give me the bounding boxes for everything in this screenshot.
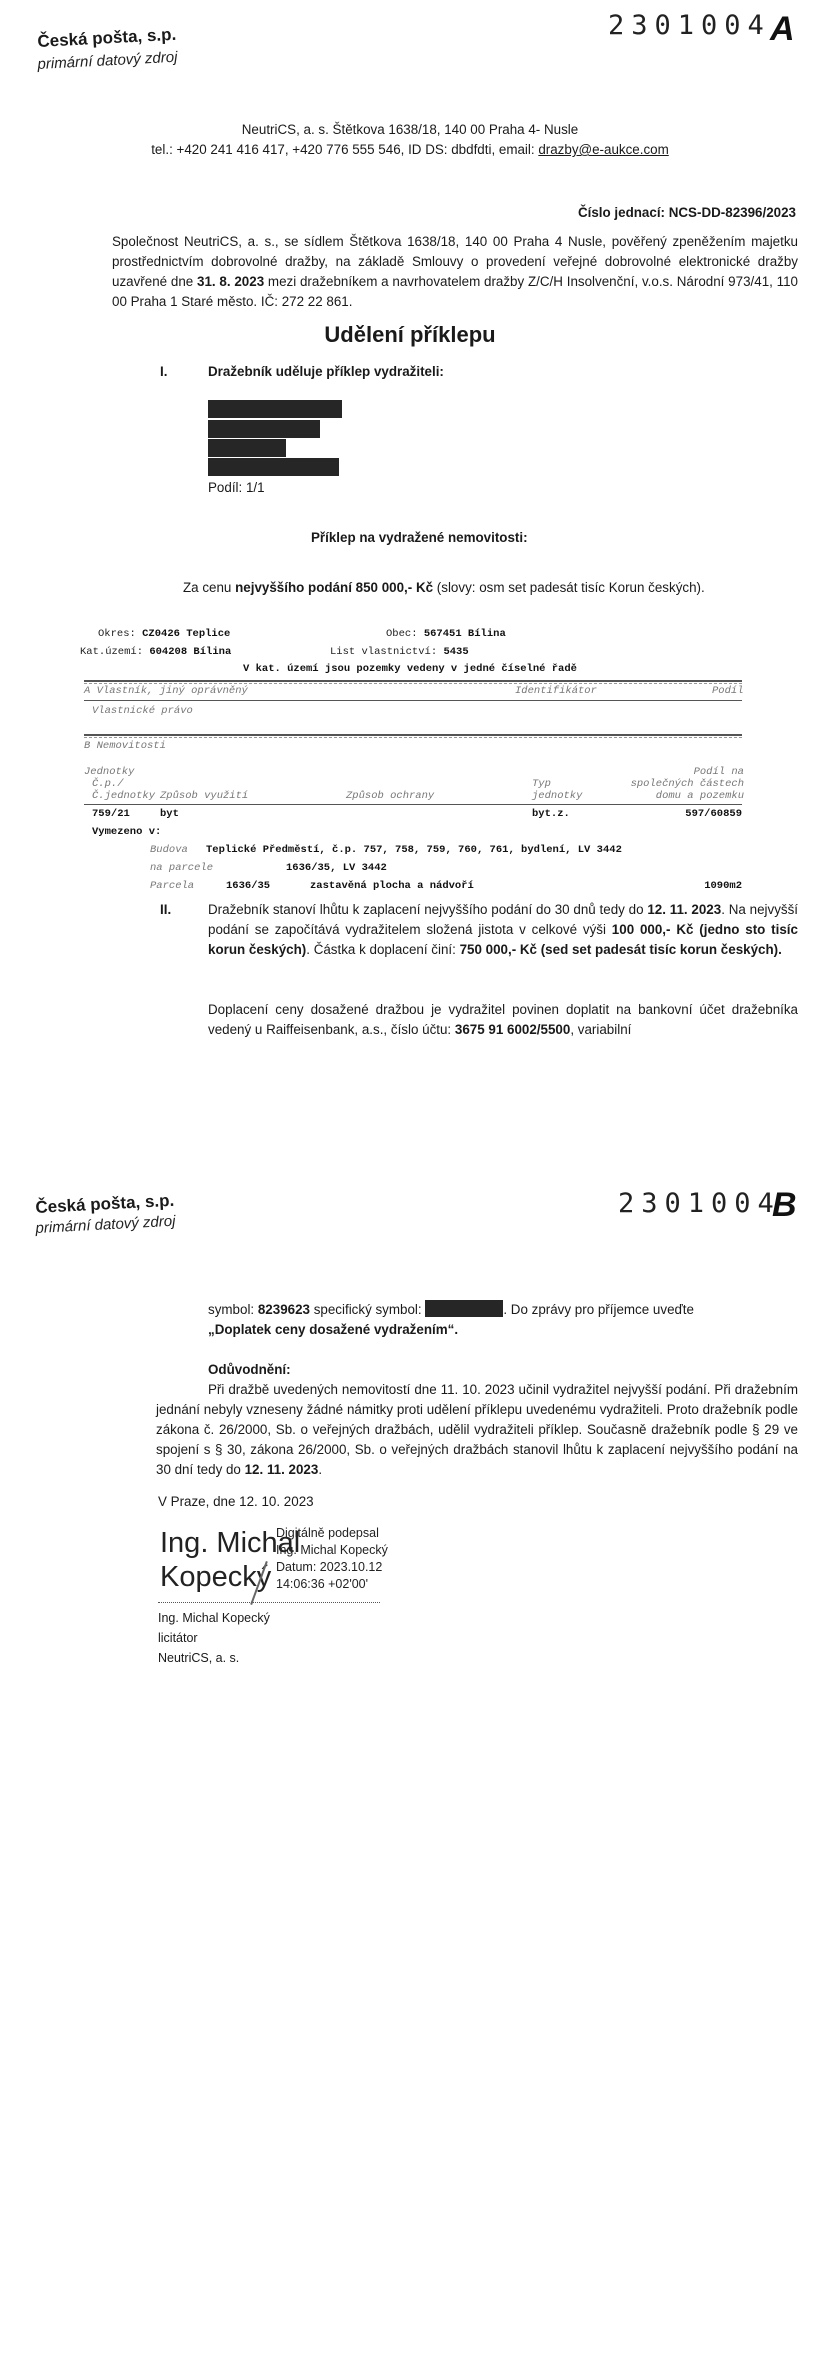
company-address: NeutriCS, a. s. Štětkova 1638/18, 140 00… — [0, 120, 820, 140]
property-heading: Příklep na vydražené nemovitosti: — [311, 528, 528, 548]
signer-name: Ing. Michal Kopecký — [158, 1608, 270, 1628]
postal-header-name: Česká pošta, s.p. — [37, 25, 177, 52]
col-use: Způsob využití — [160, 790, 248, 802]
section-1-heading: Dražebník uděluje příklep vydražiteli: — [208, 362, 444, 382]
col-type-1: Typ — [532, 778, 551, 790]
place-date: V Praze, dne 12. 10. 2023 — [158, 1492, 314, 1512]
building-value-text: Teplické Předměstí, č.p. 757, 758, 759, … — [206, 844, 622, 856]
remaining-text: . Částka k doplacení činí: — [306, 942, 459, 957]
table-divider — [84, 700, 742, 701]
company-contact: tel.: +420 241 416 417, +420 776 555 546… — [0, 140, 820, 160]
col-cp-2: Č.jednotky — [92, 790, 155, 802]
parcel-type: zastavěná plocha a nádvoří — [310, 880, 474, 892]
document-stamp-letter: B — [772, 1186, 797, 1225]
defined-in-label: Vymezeno v: — [92, 826, 161, 838]
okres-label: Okres: — [98, 628, 136, 640]
intro-paragraph: Společnost NeutriCS, a. s., se sídlem Št… — [112, 232, 798, 312]
share-text: Podíl: 1/1 — [208, 478, 265, 498]
redacted-block — [208, 458, 339, 476]
col-protection: Způsob ochrany — [346, 790, 434, 802]
cadastre-note: V kat. území jsou pozemky vedeny v jedné… — [243, 663, 577, 675]
unit-share-text: 597/60859 — [685, 808, 742, 820]
parcel-number-text: 1636/35 — [226, 880, 270, 892]
defined-in-text: Vymezeno v: — [92, 826, 161, 838]
redacted-block — [208, 420, 320, 438]
unit-type: byt.z. — [532, 808, 570, 820]
lv-row: List vlastnictví: 5435 — [330, 646, 469, 658]
lv-label: List vlastnictví: — [330, 646, 437, 658]
building-label: Budova — [150, 844, 188, 856]
document-title: Udělení příklepu — [0, 322, 820, 348]
redacted-specific-symbol — [425, 1300, 503, 1317]
signature-line — [158, 1602, 380, 1603]
document-stamp-number: 2301004 — [618, 1188, 781, 1219]
section-b-heading: B Nemovitosti — [84, 740, 166, 752]
parcel-area-text: 1090m2 — [704, 880, 742, 892]
unit-share: 597/60859 — [685, 808, 742, 820]
katuzemi-label: Kat.území: — [80, 646, 143, 658]
price-line: Za cenu nejvyššího podání 850 000,- Kč (… — [183, 578, 705, 598]
deadline-text: Dražebník stanoví lhůtu k zaplacení nejv… — [208, 902, 647, 917]
payment-paragraph: symbol: 8239623 specifický symbol: . Do … — [208, 1300, 798, 1340]
parcel-on-value: 1636/35, LV 3442 — [286, 862, 387, 874]
digital-signature-line-2: Ing. Michal Kopecký — [276, 1542, 388, 1559]
unit-use-text: byt — [160, 808, 179, 820]
parcel-area: 1090m2 — [704, 880, 742, 892]
share-header: Podíl — [712, 685, 744, 697]
building-value: Teplické Předměstí, č.p. 757, 758, 759, … — [206, 844, 622, 856]
katuzemi-value: 604208 Bílina — [149, 646, 231, 658]
col-share-1: Podíl na — [694, 766, 744, 778]
email-link[interactable]: drazby@e-aukce.com — [538, 142, 668, 157]
highest-bid: nejvyššího podání 850 000,- Kč — [235, 580, 433, 595]
price-prefix: Za cenu — [183, 580, 235, 595]
vs-label: symbol: — [208, 1302, 258, 1317]
section-a-heading: A Vlastník, jiný oprávněný — [84, 685, 248, 697]
reference-number: Číslo jednací: NCS-DD-82396/2023 — [578, 203, 796, 223]
ownership-label: Vlastnické právo — [92, 705, 193, 717]
document-stamp-letter: A — [770, 10, 795, 49]
col-type-2: jednotky — [532, 790, 582, 802]
message-label: . Do zprávy pro příjemce uveďte — [503, 1302, 694, 1317]
unit-number: 759/21 — [92, 808, 130, 820]
parcel-type-text: zastavěná plocha a nádvoří — [310, 880, 474, 892]
parcel-on-value-text: 1636/35, LV 3442 — [286, 862, 387, 874]
lv-value: 5435 — [443, 646, 468, 658]
digital-signature-line-4: 14:06:36 +02'00' — [276, 1576, 368, 1593]
units-title: Jednotky — [84, 766, 134, 778]
katuzemi-row: Kat.území: 604208 Bílina — [80, 646, 231, 658]
remaining-amount: 750 000,- Kč (sed set padesát tisíc koru… — [460, 942, 782, 957]
reasoning-heading: Odůvodnění: — [208, 1360, 291, 1380]
parcel-on-label: na parcele — [150, 862, 213, 874]
obec-row: Obec: 567451 Bílina — [386, 628, 506, 640]
unit-type-text: byt.z. — [532, 808, 570, 820]
contact-phones: tel.: +420 241 416 417, +420 776 555 546… — [151, 142, 538, 157]
price-words: (slovy: osm set padesát tisíc Korun česk… — [433, 580, 705, 595]
variable-symbol: 8239623 — [258, 1302, 310, 1317]
table-divider — [84, 734, 742, 738]
obec-label: Obec: — [386, 628, 418, 640]
okres-value: CZ0426 Teplice — [142, 628, 230, 640]
section-2-numeral: II. — [160, 900, 171, 920]
parcel-number: 1636/35 — [226, 880, 270, 892]
reasoning-end: . — [318, 1462, 322, 1477]
signer-role: licitátor — [158, 1628, 198, 1648]
digital-signature-line-1: Digitálně podepsal — [276, 1525, 379, 1542]
redacted-block — [208, 400, 342, 418]
col-cp-1: Č.p./ — [92, 778, 124, 790]
deadline-date: 12. 11. 2023 — [647, 902, 721, 917]
okres-row: Okres: CZ0426 Teplice — [98, 628, 230, 640]
document-stamp-number: 2301004 — [608, 10, 771, 41]
ss-label: specifický symbol: — [310, 1302, 425, 1317]
identifier-header: Identifikátor — [515, 685, 597, 697]
col-share-3: domu a pozemku — [656, 790, 744, 802]
payment-message: „Doplatek ceny dosažené vydražením“. — [208, 1322, 458, 1337]
signer-company: NeutriCS, a. s. — [158, 1648, 239, 1668]
parcel-label: Parcela — [150, 880, 194, 892]
unit-use: byt — [160, 808, 179, 820]
reasoning-paragraph: Při dražbě uvedených nemovitostí dne 11.… — [156, 1380, 798, 1480]
col-share-2: společných částech — [631, 778, 744, 790]
obec-value: 567451 Bílina — [424, 628, 506, 640]
contract-date: 31. 8. 2023 — [197, 274, 264, 289]
cadastre-note-text: V kat. území jsou pozemky vedeny v jedné… — [243, 663, 577, 675]
redacted-block — [208, 439, 286, 457]
table-divider — [84, 804, 742, 805]
postal-header-subtitle: primární datový zdroj — [37, 49, 178, 73]
digital-signature-line-3: Datum: 2023.10.12 — [276, 1559, 382, 1576]
bank-text-end: , variabilní — [570, 1022, 631, 1037]
section-2-paragraph-1: Dražebník stanoví lhůtu k zaplacení nejv… — [208, 900, 798, 960]
table-divider — [84, 680, 742, 684]
unit-number-text: 759/21 — [92, 808, 130, 820]
section-1-numeral: I. — [160, 362, 167, 382]
reasoning-date: 12. 11. 2023 — [245, 1462, 319, 1477]
bank-account: 3675 91 6002/5500 — [455, 1022, 570, 1037]
section-2-paragraph-2: Doplacení ceny dosažené dražbou je vydra… — [208, 1000, 798, 1040]
